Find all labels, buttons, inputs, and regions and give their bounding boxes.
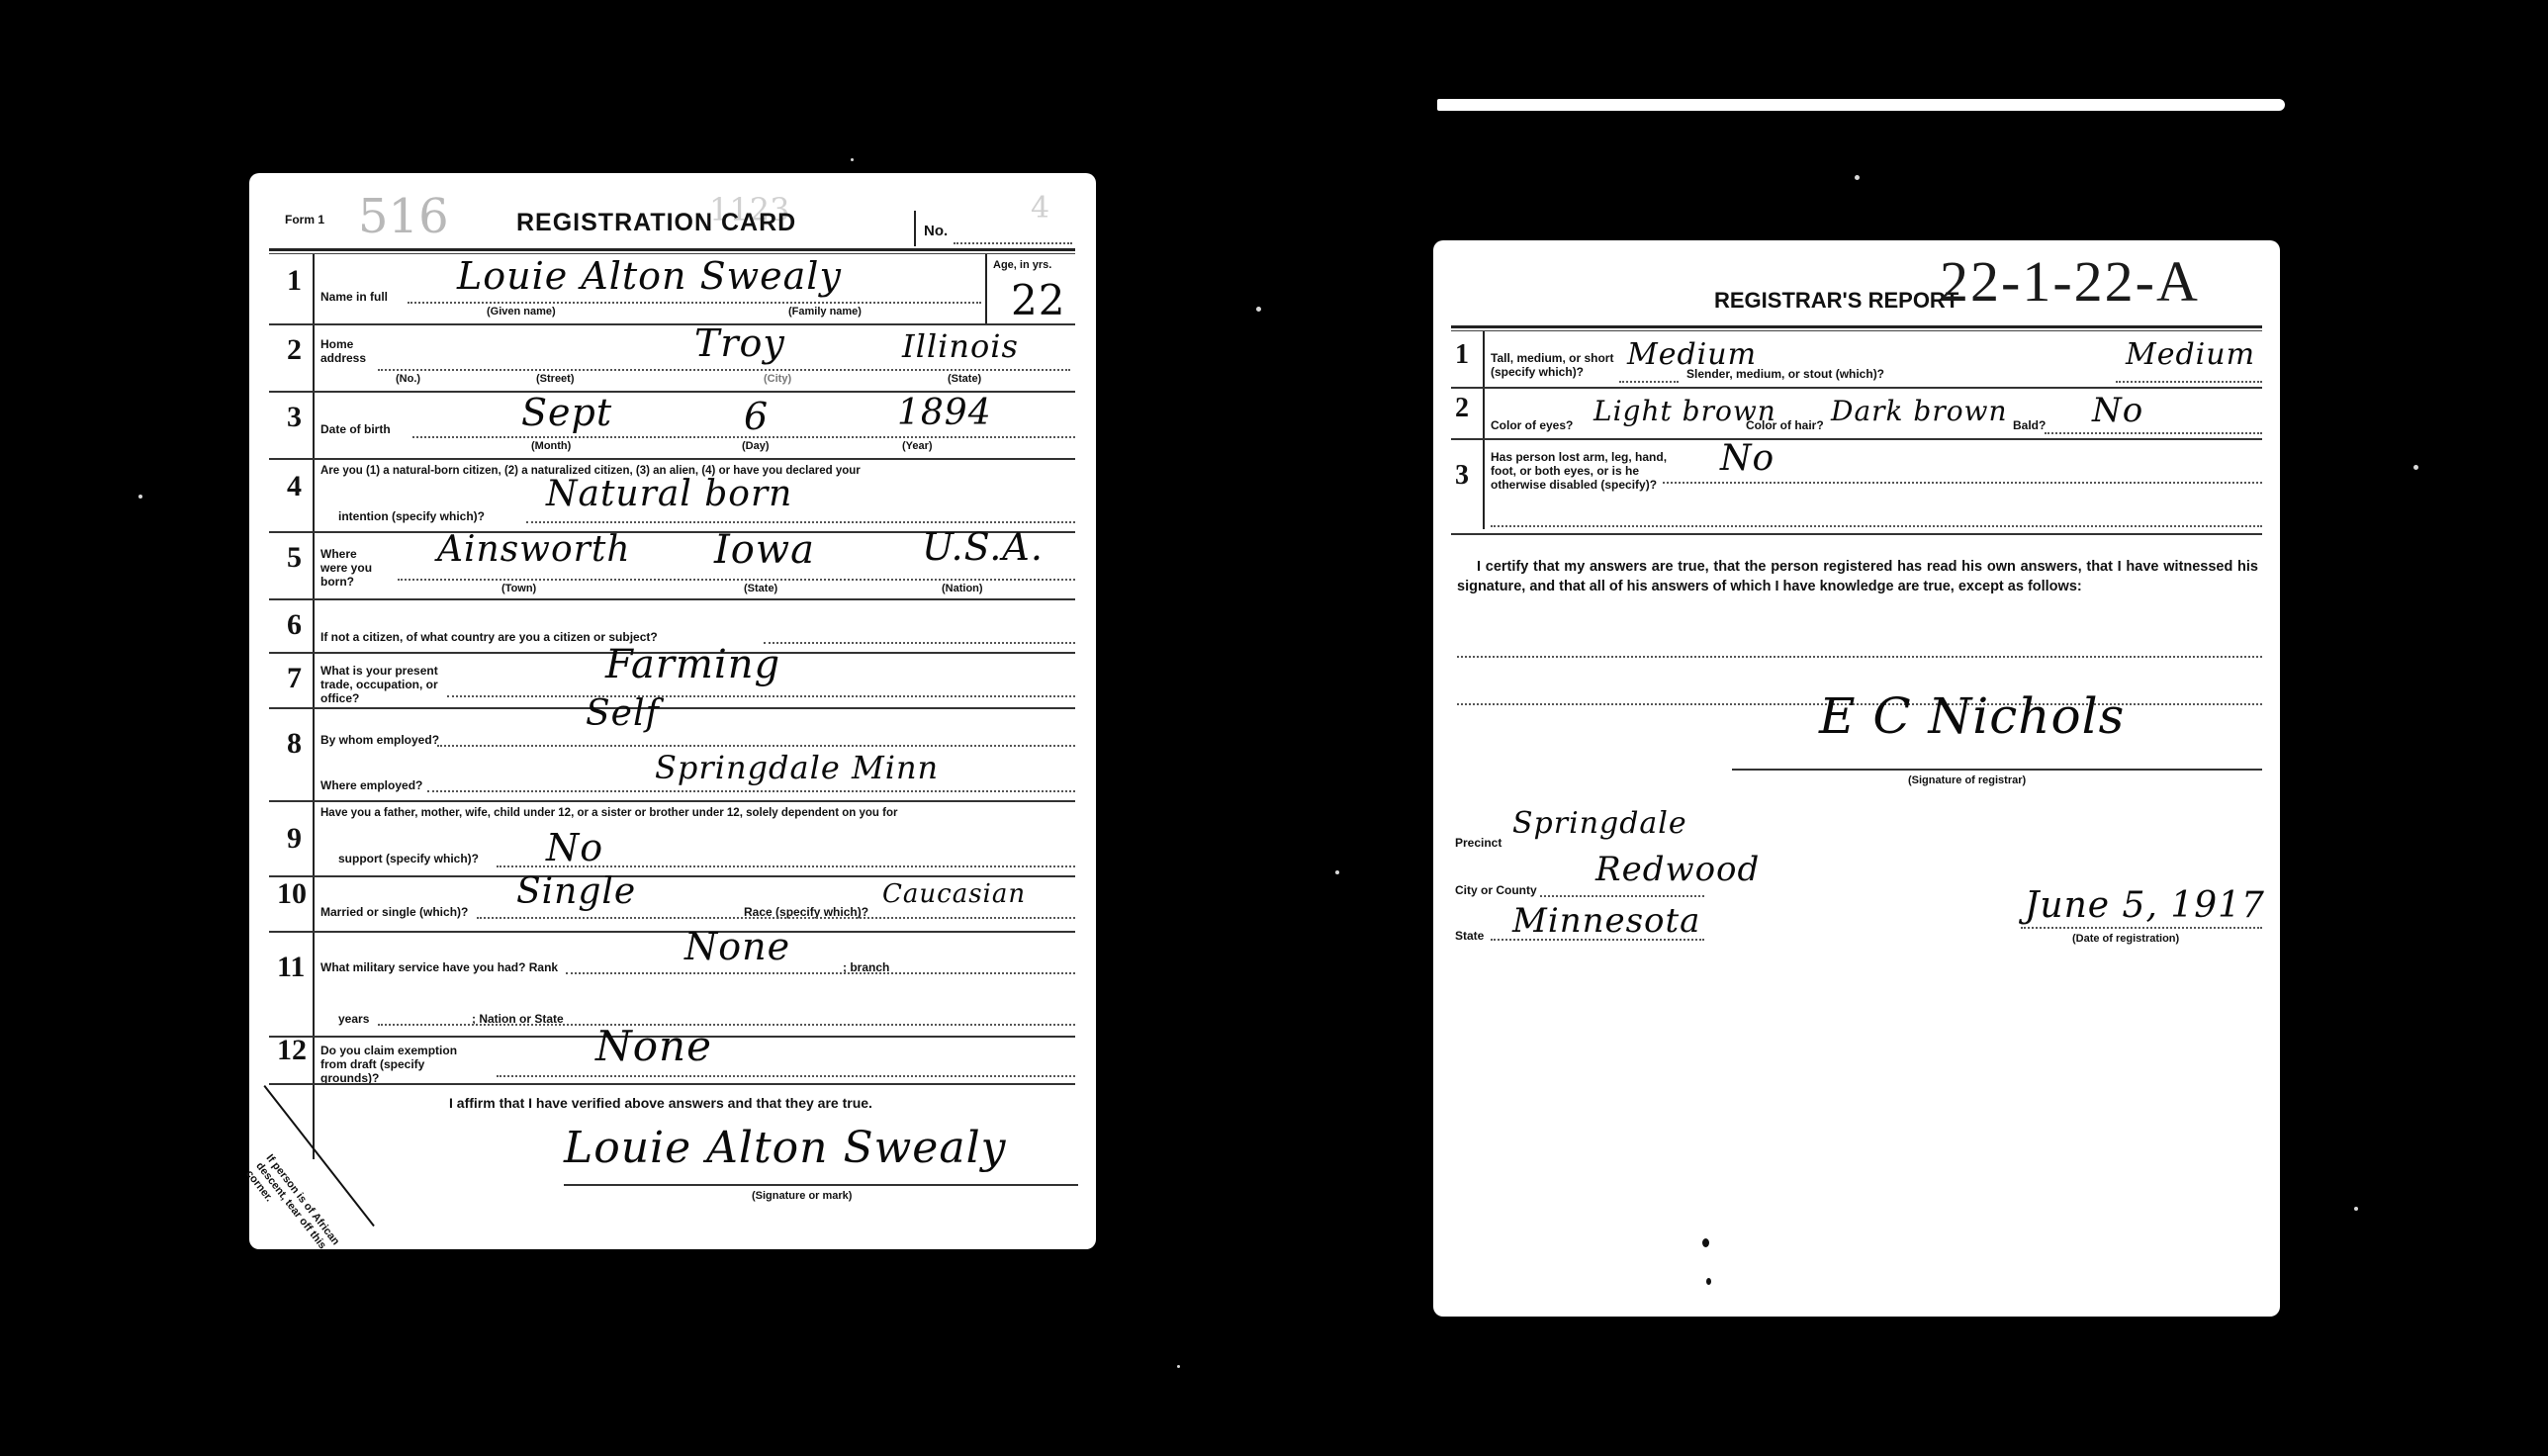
years-label: years <box>338 1012 369 1026</box>
document-viewer: Form 1 516 1123 REGISTRATION CARD No. 4 … <box>0 0 2548 1456</box>
town-caption: (Town) <box>501 583 536 594</box>
row-rule <box>1451 387 2262 389</box>
military-rank-value: None <box>684 925 790 968</box>
row-number: 9 <box>287 822 302 856</box>
disability-label: Has person lost arm, leg, hand, foot, or… <box>1491 450 1688 492</box>
row-number: 3 <box>1455 460 1469 492</box>
home-address-label: Home address <box>320 337 370 365</box>
dotted-line <box>1619 381 1679 383</box>
row-number: 2 <box>287 333 302 367</box>
row-rule <box>269 875 1075 877</box>
number-value-pencil: 4 <box>1031 191 1049 226</box>
dotted-line <box>2045 432 2262 434</box>
row-number: 7 <box>287 662 302 695</box>
row-rule <box>269 707 1075 709</box>
registration-date-value: June 5, 1917 <box>2025 885 2265 926</box>
no-caption: (No.) <box>396 373 420 385</box>
number-column-rule <box>1483 331 1485 529</box>
divider <box>985 254 987 323</box>
row-rule <box>269 323 1075 325</box>
disability-value: No <box>1720 438 1774 479</box>
report-stamp-number: 22-1-22-A <box>1940 248 2200 315</box>
dotted-line <box>437 745 1075 747</box>
day-caption: (Day) <box>742 440 770 452</box>
dob-label: Date of birth <box>320 422 391 436</box>
build-value: Medium <box>2126 337 2255 372</box>
dotted-line <box>497 1075 1075 1077</box>
ink-spot <box>1702 1238 1709 1247</box>
row-rule <box>269 800 1075 802</box>
marital-status-value: Single <box>516 871 636 912</box>
row-number: 6 <box>287 608 302 642</box>
employer-value: Self <box>586 693 660 734</box>
form-label: Form 1 <box>285 213 324 227</box>
month-caption: (Month) <box>531 440 571 452</box>
occupation-value: Farming <box>605 642 780 687</box>
film-speck <box>2354 1207 2358 1211</box>
dotted-line <box>764 642 1075 644</box>
row-number: 4 <box>287 470 302 503</box>
dependents-value: No <box>546 826 603 869</box>
name-value: Louie Alton Swealy <box>457 254 842 298</box>
dotted-line <box>2116 381 2262 383</box>
age-value: 22 <box>1011 276 1065 324</box>
affirmation-statement: I affirm that I have verified above answ… <box>449 1095 872 1111</box>
number-label: No. <box>924 223 948 239</box>
report-title: REGISTRAR'S REPORT <box>1714 288 1958 314</box>
height-label: Tall, medium, or short (specify which)? <box>1491 351 1629 379</box>
city-caption: (City) <box>764 373 791 385</box>
year-caption: (Year) <box>902 440 933 452</box>
dotted-line <box>398 579 1075 581</box>
marital-status-label: Married or single (which)? <box>320 905 468 919</box>
home-city-value: Troy <box>694 321 785 365</box>
row-number: 2 <box>1455 393 1469 424</box>
date-caption: (Date of registration) <box>2072 933 2179 945</box>
registrar-caption: (Signature of registrar) <box>1908 774 2026 786</box>
card-title: REGISTRATION CARD <box>516 209 796 237</box>
film-speck <box>138 495 142 499</box>
state-label: State <box>1455 929 1484 943</box>
birth-town-value: Ainsworth <box>437 529 631 570</box>
registrars-report-card: REGISTRAR'S REPORT 22-1-22-A 1 Tall, med… <box>1433 240 2280 1317</box>
row-rule <box>269 598 1075 600</box>
race-value: Caucasian <box>882 879 1026 909</box>
row-rule <box>269 1083 1075 1085</box>
given-name-caption: (Given name) <box>487 306 556 318</box>
film-speck <box>2413 465 2418 470</box>
county-value: Redwood <box>1595 850 1760 889</box>
dotted-line <box>526 521 1075 523</box>
family-name-caption: (Family name) <box>788 306 862 318</box>
state-caption: (State) <box>744 583 777 594</box>
row-number: 5 <box>287 541 302 575</box>
ink-spot <box>1706 1278 1711 1285</box>
exemption-label: Do you claim exemption from draft (speci… <box>320 1044 479 1085</box>
dotted-line <box>954 242 1072 244</box>
hair-color-label: Color of hair? <box>1746 418 1824 432</box>
film-speck <box>1855 175 1860 180</box>
row-number: 3 <box>287 401 302 434</box>
signature-line <box>564 1184 1078 1186</box>
divider <box>914 211 916 246</box>
dotted-line <box>566 972 1075 974</box>
header-rule <box>1451 325 2262 331</box>
row-rule <box>1451 533 2262 535</box>
film-speck <box>1177 1365 1180 1368</box>
citizenship-question-cont: intention (specify which)? <box>338 509 485 523</box>
precinct-label: Precinct <box>1455 836 1501 850</box>
bald-value: No <box>2092 391 2143 430</box>
dotted-line <box>1663 482 2262 484</box>
dotted-line <box>477 917 1075 919</box>
county-label: City or County <box>1455 883 1537 897</box>
dotted-line <box>378 1024 1075 1026</box>
dotted-line <box>427 790 1075 792</box>
dotted-line <box>447 695 1075 697</box>
age-label: Age, in yrs. <box>993 258 1051 272</box>
dotted-line <box>408 302 981 304</box>
build-label: Slender, medium, or stout (which)? <box>1686 367 1884 381</box>
name-label: Name in full <box>320 290 388 304</box>
dependents-question: Have you a father, mother, wife, child u… <box>320 806 897 820</box>
dotted-line <box>1491 525 2262 527</box>
state-value: Minnesota <box>1512 901 1700 941</box>
dotted-line <box>1491 939 1704 941</box>
row-number: 11 <box>277 951 305 984</box>
dob-month-value: Sept <box>521 391 612 434</box>
dependents-question-cont: support (specify which)? <box>338 852 479 865</box>
film-speck <box>1335 870 1339 874</box>
row-number: 1 <box>287 264 302 298</box>
row-rule <box>1451 438 2262 440</box>
dob-year-value: 1894 <box>897 393 992 433</box>
serial-number-pencil: 516 <box>358 189 449 244</box>
dob-day-value: 6 <box>744 395 769 438</box>
employer-label: By whom employed? <box>320 733 439 747</box>
employment-place-label: Where employed? <box>320 778 422 792</box>
dotted-line <box>2021 927 2262 929</box>
citizenship-value: Natural born <box>546 474 792 514</box>
dotted-line <box>1457 656 2262 658</box>
signature-line <box>1732 769 2262 771</box>
row-number: 8 <box>287 727 302 761</box>
home-state-value: Illinois <box>902 327 1019 365</box>
eye-color-label: Color of eyes? <box>1491 418 1573 432</box>
row-number: 1 <box>1455 339 1469 371</box>
registrant-signature: Louie Alton Swealy <box>564 1123 1007 1173</box>
nation-caption: (Nation) <box>942 583 983 594</box>
occupation-label: What is your present trade, occupation, … <box>320 664 449 705</box>
exemption-value: None <box>595 1022 712 1070</box>
registrar-signature: E C Nichols <box>1819 687 2125 745</box>
row-number: 12 <box>277 1034 307 1067</box>
bald-label: Bald? <box>2013 418 2046 432</box>
row-rule <box>269 931 1075 933</box>
birth-state-value: Iowa <box>714 527 815 573</box>
film-speck <box>851 158 854 161</box>
film-speck <box>1256 307 1261 312</box>
registration-card: Form 1 516 1123 REGISTRATION CARD No. 4 … <box>249 173 1096 1249</box>
military-service-label: What military service have you had? Rank <box>320 960 558 974</box>
employment-place-value: Springdale Minn <box>655 749 939 786</box>
street-caption: (Street) <box>536 373 575 385</box>
adjacent-card-edge <box>1437 99 2285 111</box>
row-number: 10 <box>277 877 307 911</box>
hair-color-value: Dark brown <box>1831 395 2008 427</box>
dotted-line <box>497 865 1075 867</box>
dotted-line <box>378 369 1070 371</box>
birth-nation-value: U.S.A. <box>922 525 1044 569</box>
signature-caption: (Signature or mark) <box>752 1190 852 1202</box>
registrar-certification: I certify that my answers are true, that… <box>1457 557 2258 596</box>
birthplace-label: Where were you born? <box>320 547 380 589</box>
precinct-value: Springdale <box>1512 806 1687 841</box>
state-caption: (State) <box>948 373 981 385</box>
row-rule <box>269 458 1075 460</box>
dotted-line <box>1540 895 1704 897</box>
